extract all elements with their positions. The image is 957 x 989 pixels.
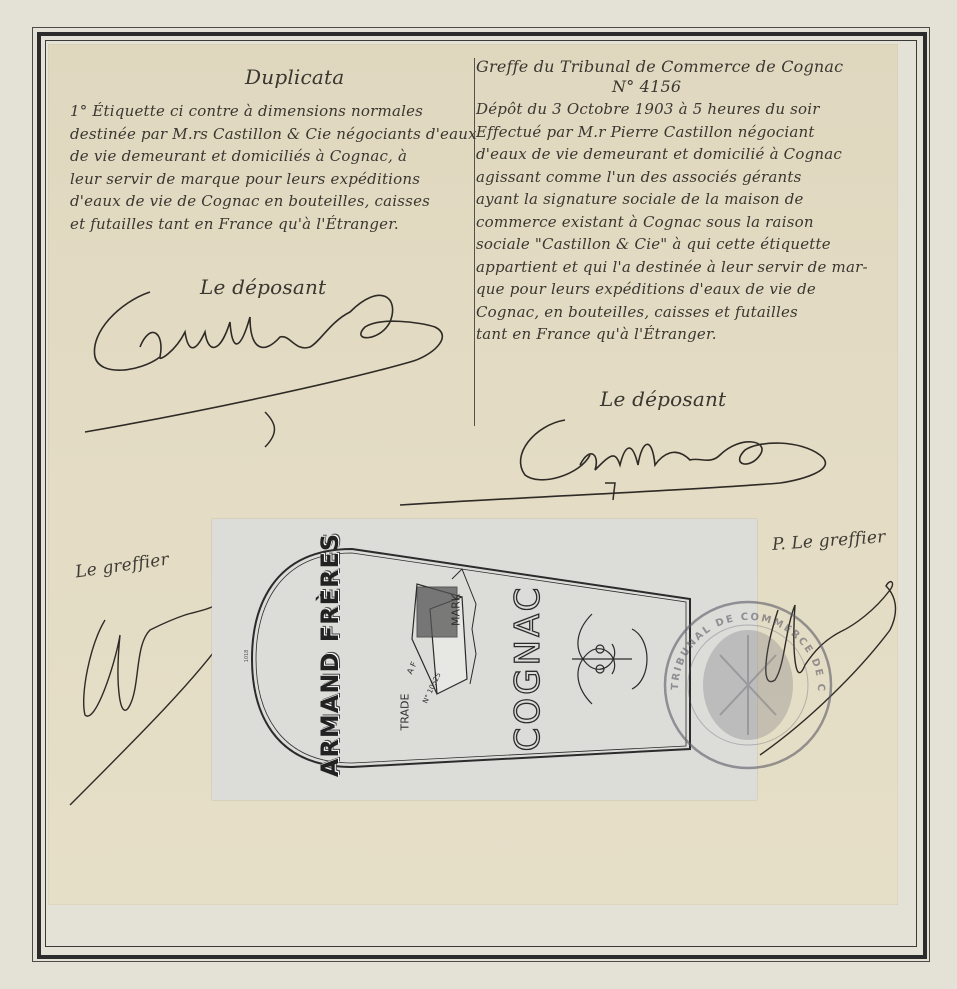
registry-line: agissant comme l'un des associés gérants: [476, 166, 916, 189]
right-signature: [400, 395, 870, 525]
registry-line: d'eaux de vie demeurant et domicilié à C…: [476, 143, 916, 166]
label-trade: TRADE: [399, 694, 412, 731]
registry-number: N° 4156: [612, 76, 681, 99]
left-line: 1° Étiquette ci contre à dimensions norm…: [70, 100, 470, 123]
registry-line: ayant la signature sociale de la maison …: [476, 188, 916, 211]
left-declaration: 1° Étiquette ci contre à dimensions norm…: [70, 100, 470, 235]
registry-record: Dépôt du 3 Octobre 1903 à 5 heures du so…: [476, 98, 916, 346]
registry-line: tant en France qu'à l'Étranger.: [476, 323, 916, 346]
registry-line: Dépôt du 3 Octobre 1903 à 5 heures du so…: [476, 98, 916, 121]
printer-code: 1018: [244, 650, 250, 663]
label-mark: MARK: [450, 594, 463, 626]
flourish-ornament: [572, 614, 647, 704]
label-brand: ARMAND FRÈRES: [316, 533, 344, 777]
crate-illustration: [412, 569, 476, 694]
registry-line: que pour leurs expéditions d'eaux de vie…: [476, 278, 916, 301]
registry-line: commerce existant à Cognac sous la raiso…: [476, 211, 916, 234]
left-line: destinée par M.rs Castillon & Cie négoci…: [70, 123, 470, 146]
column-divider: [474, 58, 475, 426]
tribunal-stamp: TRIBUNAL DE COMMERCE DE COGNAC: [660, 595, 835, 775]
registry-line: appartient et qui l'a destinée à leur se…: [476, 256, 916, 279]
left-line: d'eaux de vie de Cognac en bouteilles, c…: [70, 190, 470, 213]
left-line: de vie demeurant et domiciliés à Cognac,…: [70, 145, 470, 168]
label-product: COGNAC: [508, 585, 548, 752]
left-line: leur servir de marque pour leurs expédit…: [70, 168, 470, 191]
registry-line: sociale "Castillon & Cie" à qui cette ét…: [476, 233, 916, 256]
registry-line: Effectué par M.r Pierre Castillon négoci…: [476, 121, 916, 144]
left-line: et futailles tant en France qu'à l'Étran…: [70, 213, 470, 236]
document-title: Duplicata: [245, 66, 344, 89]
registry-line: Cognac, en bouteilles, caisses et futail…: [476, 301, 916, 324]
